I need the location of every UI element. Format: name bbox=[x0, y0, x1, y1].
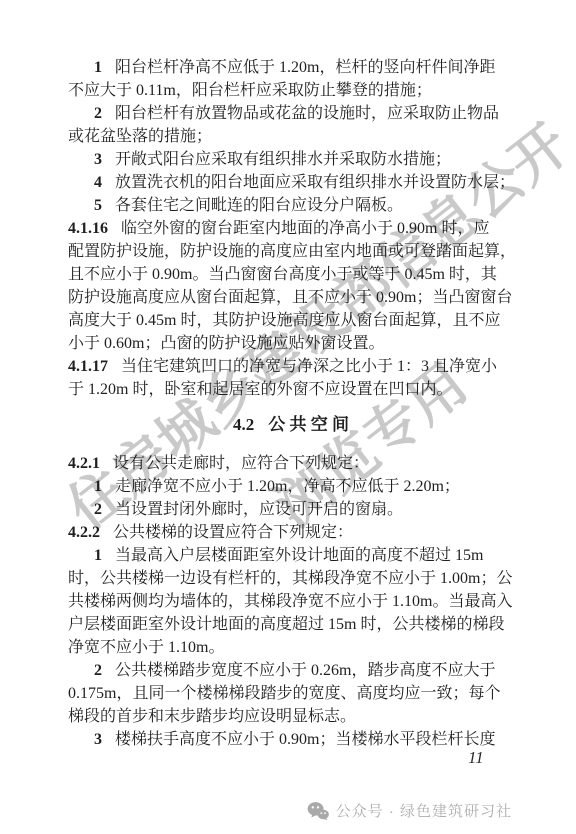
doc-line: 3楼梯扶手高度不应小于 0.90m；当楼梯水平段栏杆长度 bbox=[68, 728, 514, 751]
line-text: 当住宅建筑凹口的净宽与净深之比小于 1：3 且净宽小 bbox=[121, 358, 497, 375]
clause-number: 2 bbox=[94, 662, 102, 679]
document-body: 1阳台栏杆净高不应低于 1.20m，栏杆的竖向杆件间净距不应大于 0.11m，阳… bbox=[68, 56, 514, 751]
doc-line: 时，公共楼梯一边设有栏杆的，其梯段净宽不应小于 1.00m；公 bbox=[68, 567, 514, 590]
clause-number: 2 bbox=[94, 501, 102, 518]
doc-line: 于 1.20m 时，卧室和起居室的外窗不应设置在凹口内。 bbox=[68, 378, 514, 401]
doc-line: 共楼梯两侧均为墙体的，其梯段净宽不应小于 1.10m。当最高入 bbox=[68, 590, 514, 613]
line-text: 配置防护设施，防护设施的高度应由室内地面或可登踏面起算， bbox=[68, 243, 516, 260]
line-text: 放置洗衣机的阳台地面应采取有组织排水并设置防水层； bbox=[115, 174, 515, 191]
clause-number: 4.2.2 bbox=[68, 524, 100, 541]
clause-number: 1 bbox=[94, 59, 102, 76]
document-page: 住房城乡建设部信息公开 浏览专用 1阳台栏杆净高不应低于 1.20m，栏杆的竖向… bbox=[0, 0, 576, 834]
doc-line: 且不应小于 0.90m。当凸窗窗台高度小于或等于 0.45m 时，其 bbox=[68, 263, 514, 286]
line-text: 时，公共楼梯一边设有栏杆的，其梯段净宽不应小于 1.00m；公 bbox=[68, 570, 512, 587]
line-text: 公 共 空 间 bbox=[268, 415, 349, 434]
line-text: 或花盆坠落的措施； bbox=[68, 128, 212, 145]
doc-line: 2当设置封闭外廊时，应设可开启的窗扇。 bbox=[68, 498, 514, 521]
clause-number: 4.1.17 bbox=[68, 358, 108, 375]
doc-line: 4.2.1设有公共走廊时，应符合下列规定： bbox=[68, 452, 514, 475]
section-number: 4.2 bbox=[233, 415, 254, 434]
footer-label: 公众号 · 绿色建筑研习社 bbox=[336, 800, 512, 821]
doc-line: 1阳台栏杆净高不应低于 1.20m，栏杆的竖向杆件间净距 bbox=[68, 56, 514, 79]
line-text: 且不应小于 0.90m。当凸窗窗台高度小于或等于 0.45m 时，其 bbox=[68, 266, 497, 283]
clause-number: 4.2.1 bbox=[68, 455, 100, 472]
doc-line: 4.1.16临空外窗的窗台距室内地面的净高小于 0.90m 时，应 bbox=[68, 217, 514, 240]
line-text: 当设置封闭外廊时，应设可开启的窗扇。 bbox=[115, 501, 403, 518]
doc-line: 3开敞式阳台应采取有组织排水并采取防水措施； bbox=[68, 148, 514, 171]
doc-line: 0.175m，且同一个楼梯梯段踏步的宽度、高度均应一致；每个 bbox=[68, 682, 514, 705]
line-text: 共楼梯两侧均为墙体的，其梯段净宽不应小于 1.10m。当最高入 bbox=[68, 593, 512, 610]
section-heading: 4.2公 共 空 间 bbox=[68, 413, 514, 436]
doc-line: 2公共楼梯踏步宽度不应小于 0.26m，踏步高度不应大于 bbox=[68, 659, 514, 682]
line-text: 阳台栏杆有放置物品或花盆的设施时，应采取防止物品 bbox=[115, 105, 499, 122]
line-text: 于 1.20m 时，卧室和起居室的外窗不应设置在凹口内。 bbox=[68, 381, 452, 398]
clause-number: 2 bbox=[94, 105, 102, 122]
doc-line: 1当最高入户层楼面距室外设计地面的高度不超过 15m bbox=[68, 544, 514, 567]
doc-line: 4放置洗衣机的阳台地面应采取有组织排水并设置防水层； bbox=[68, 171, 514, 194]
clause-number: 3 bbox=[94, 731, 102, 748]
line-text: 各套住宅之间毗连的阳台应设分户隔板。 bbox=[115, 197, 403, 214]
line-text: 楼梯扶手高度不应小于 0.90m；当楼梯水平段栏杆长度 bbox=[115, 731, 495, 748]
clause-number: 4.1.16 bbox=[68, 220, 108, 237]
doc-line: 小于 0.60m；凸窗的防护设施应贴外窗设置。 bbox=[68, 332, 514, 355]
line-text: 高度大于 0.45m 时，其防护设施高度应从窗台面起算，且不应 bbox=[68, 312, 500, 329]
doc-line: 不应大于 0.11m，阳台栏杆应采取防止攀登的措施； bbox=[68, 79, 514, 102]
clause-number: 5 bbox=[94, 197, 102, 214]
doc-line: 高度大于 0.45m 时，其防护设施高度应从窗台面起算，且不应 bbox=[68, 309, 514, 332]
doc-line: 净宽不应小于 1.10m。 bbox=[68, 636, 514, 659]
line-text: 阳台栏杆净高不应低于 1.20m，栏杆的竖向杆件间净距 bbox=[115, 59, 495, 76]
line-text: 净宽不应小于 1.10m。 bbox=[68, 639, 224, 656]
line-text: 小于 0.60m；凸窗的防护设施应贴外窗设置。 bbox=[68, 335, 384, 352]
doc-line: 户层楼面距室外设计地面的高度超过 15m 时，公共楼梯的梯段 bbox=[68, 613, 514, 636]
doc-line: 防护设施高度应从窗台面起算，且不应小于 0.90m；当凸窗窗台 bbox=[68, 286, 514, 309]
doc-line: 4.1.17当住宅建筑凹口的净宽与净深之比小于 1：3 且净宽小 bbox=[68, 355, 514, 378]
doc-line: 2阳台栏杆有放置物品或花盆的设施时，应采取防止物品 bbox=[68, 102, 514, 125]
line-text: 0.175m，且同一个楼梯梯段踏步的宽度、高度均应一致；每个 bbox=[68, 685, 500, 702]
doc-line: 或花盆坠落的措施； bbox=[68, 125, 514, 148]
wechat-icon bbox=[307, 801, 329, 821]
line-text: 公共楼梯的设置应符合下列规定： bbox=[113, 524, 353, 541]
line-text: 临空外窗的窗台距室内地面的净高小于 0.90m 时，应 bbox=[121, 220, 489, 237]
line-text: 防护设施高度应从窗台面起算，且不应小于 0.90m；当凸窗窗台 bbox=[68, 289, 512, 306]
line-text: 梯段的首步和末步踏步均应设明显标志。 bbox=[68, 708, 356, 725]
line-text: 设有公共走廊时，应符合下列规定： bbox=[113, 455, 369, 472]
clause-number: 1 bbox=[94, 478, 102, 495]
clause-number: 1 bbox=[94, 547, 102, 564]
doc-line: 4.2.2公共楼梯的设置应符合下列规定： bbox=[68, 521, 514, 544]
line-text: 不应大于 0.11m，阳台栏杆应采取防止攀登的措施； bbox=[68, 82, 432, 99]
clause-number: 3 bbox=[94, 151, 102, 168]
clause-number: 4 bbox=[94, 174, 102, 191]
footer-watermark: 公众号 · 绿色建筑研习社 bbox=[307, 800, 512, 821]
doc-line: 梯段的首步和末步踏步均应设明显标志。 bbox=[68, 705, 514, 728]
doc-line: 5各套住宅之间毗连的阳台应设分户隔板。 bbox=[68, 194, 514, 217]
line-text: 当最高入户层楼面距室外设计地面的高度不超过 15m bbox=[115, 547, 483, 564]
line-text: 走廊净宽不应小于 1.20m，净高不应低于 2.20m； bbox=[115, 478, 460, 495]
doc-line: 配置防护设施，防护设施的高度应由室内地面或可登踏面起算， bbox=[68, 240, 514, 263]
line-text: 公共楼梯踏步宽度不应小于 0.26m，踏步高度不应大于 bbox=[115, 662, 495, 679]
line-text: 开敞式阳台应采取有组织排水并采取防水措施； bbox=[115, 151, 451, 168]
page-number: 11 bbox=[468, 748, 484, 768]
line-text: 户层楼面距室外设计地面的高度超过 15m 时，公共楼梯的梯段 bbox=[68, 616, 504, 633]
doc-line: 1走廊净宽不应小于 1.20m，净高不应低于 2.20m； bbox=[68, 475, 514, 498]
